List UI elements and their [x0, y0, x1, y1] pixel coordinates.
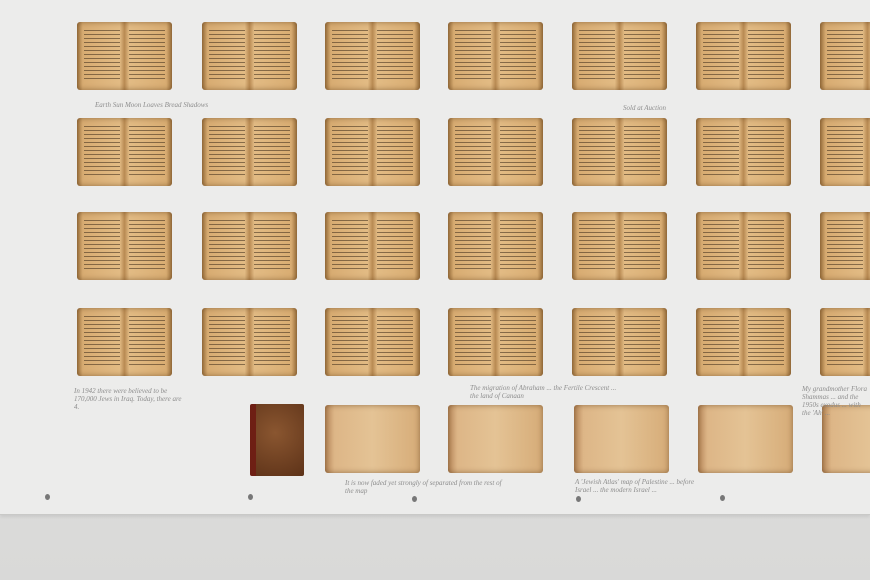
altered-book — [698, 405, 793, 473]
annotation-bottom-left: In 1942 there were believed to be 170,00… — [74, 387, 184, 411]
open-book — [325, 22, 420, 90]
open-book — [820, 22, 870, 90]
pin-hole — [412, 496, 417, 502]
open-book — [696, 212, 791, 280]
open-book — [572, 308, 667, 376]
open-book — [448, 308, 543, 376]
pin-hole — [45, 494, 50, 500]
open-book — [77, 212, 172, 280]
open-book — [77, 22, 172, 90]
open-book — [820, 308, 870, 376]
altered-book — [574, 405, 669, 473]
open-book — [202, 118, 297, 186]
pin-hole — [248, 494, 253, 500]
open-book — [202, 308, 297, 376]
open-book — [448, 212, 543, 280]
book-cover — [250, 404, 304, 476]
open-book — [202, 22, 297, 90]
open-book — [202, 212, 297, 280]
open-book — [572, 212, 667, 280]
open-book — [696, 22, 791, 90]
annotation-labels: Earth Sun Moon Loaves Bread Shadows — [95, 101, 215, 109]
open-book — [572, 118, 667, 186]
altered-book — [448, 405, 543, 473]
open-book — [448, 118, 543, 186]
open-book — [820, 212, 870, 280]
open-book — [77, 308, 172, 376]
pin-hole — [576, 496, 581, 502]
open-book — [820, 118, 870, 186]
pin-hole — [720, 495, 725, 501]
open-book — [696, 308, 791, 376]
altered-book — [325, 405, 420, 473]
open-book — [448, 22, 543, 90]
paper-sheet: Earth Sun Moon Loaves Bread Shadows Sold… — [0, 0, 870, 515]
open-book — [572, 22, 667, 90]
open-book — [77, 118, 172, 186]
annotation-map-caption: A 'Jewish Atlas' map of Palestine ... be… — [575, 478, 695, 494]
open-book — [325, 308, 420, 376]
annotation-map: The migration of Abraham ... the Fertile… — [470, 384, 620, 400]
annotation-grandmother: My grandmother Flora Shammas ... and the… — [802, 385, 870, 417]
open-book — [696, 118, 791, 186]
annotation-sold: Sold at Auction — [623, 104, 703, 112]
open-book — [325, 212, 420, 280]
annotation-bottom-mid: It is now faded yet strongly of separate… — [345, 479, 505, 495]
open-book — [325, 118, 420, 186]
